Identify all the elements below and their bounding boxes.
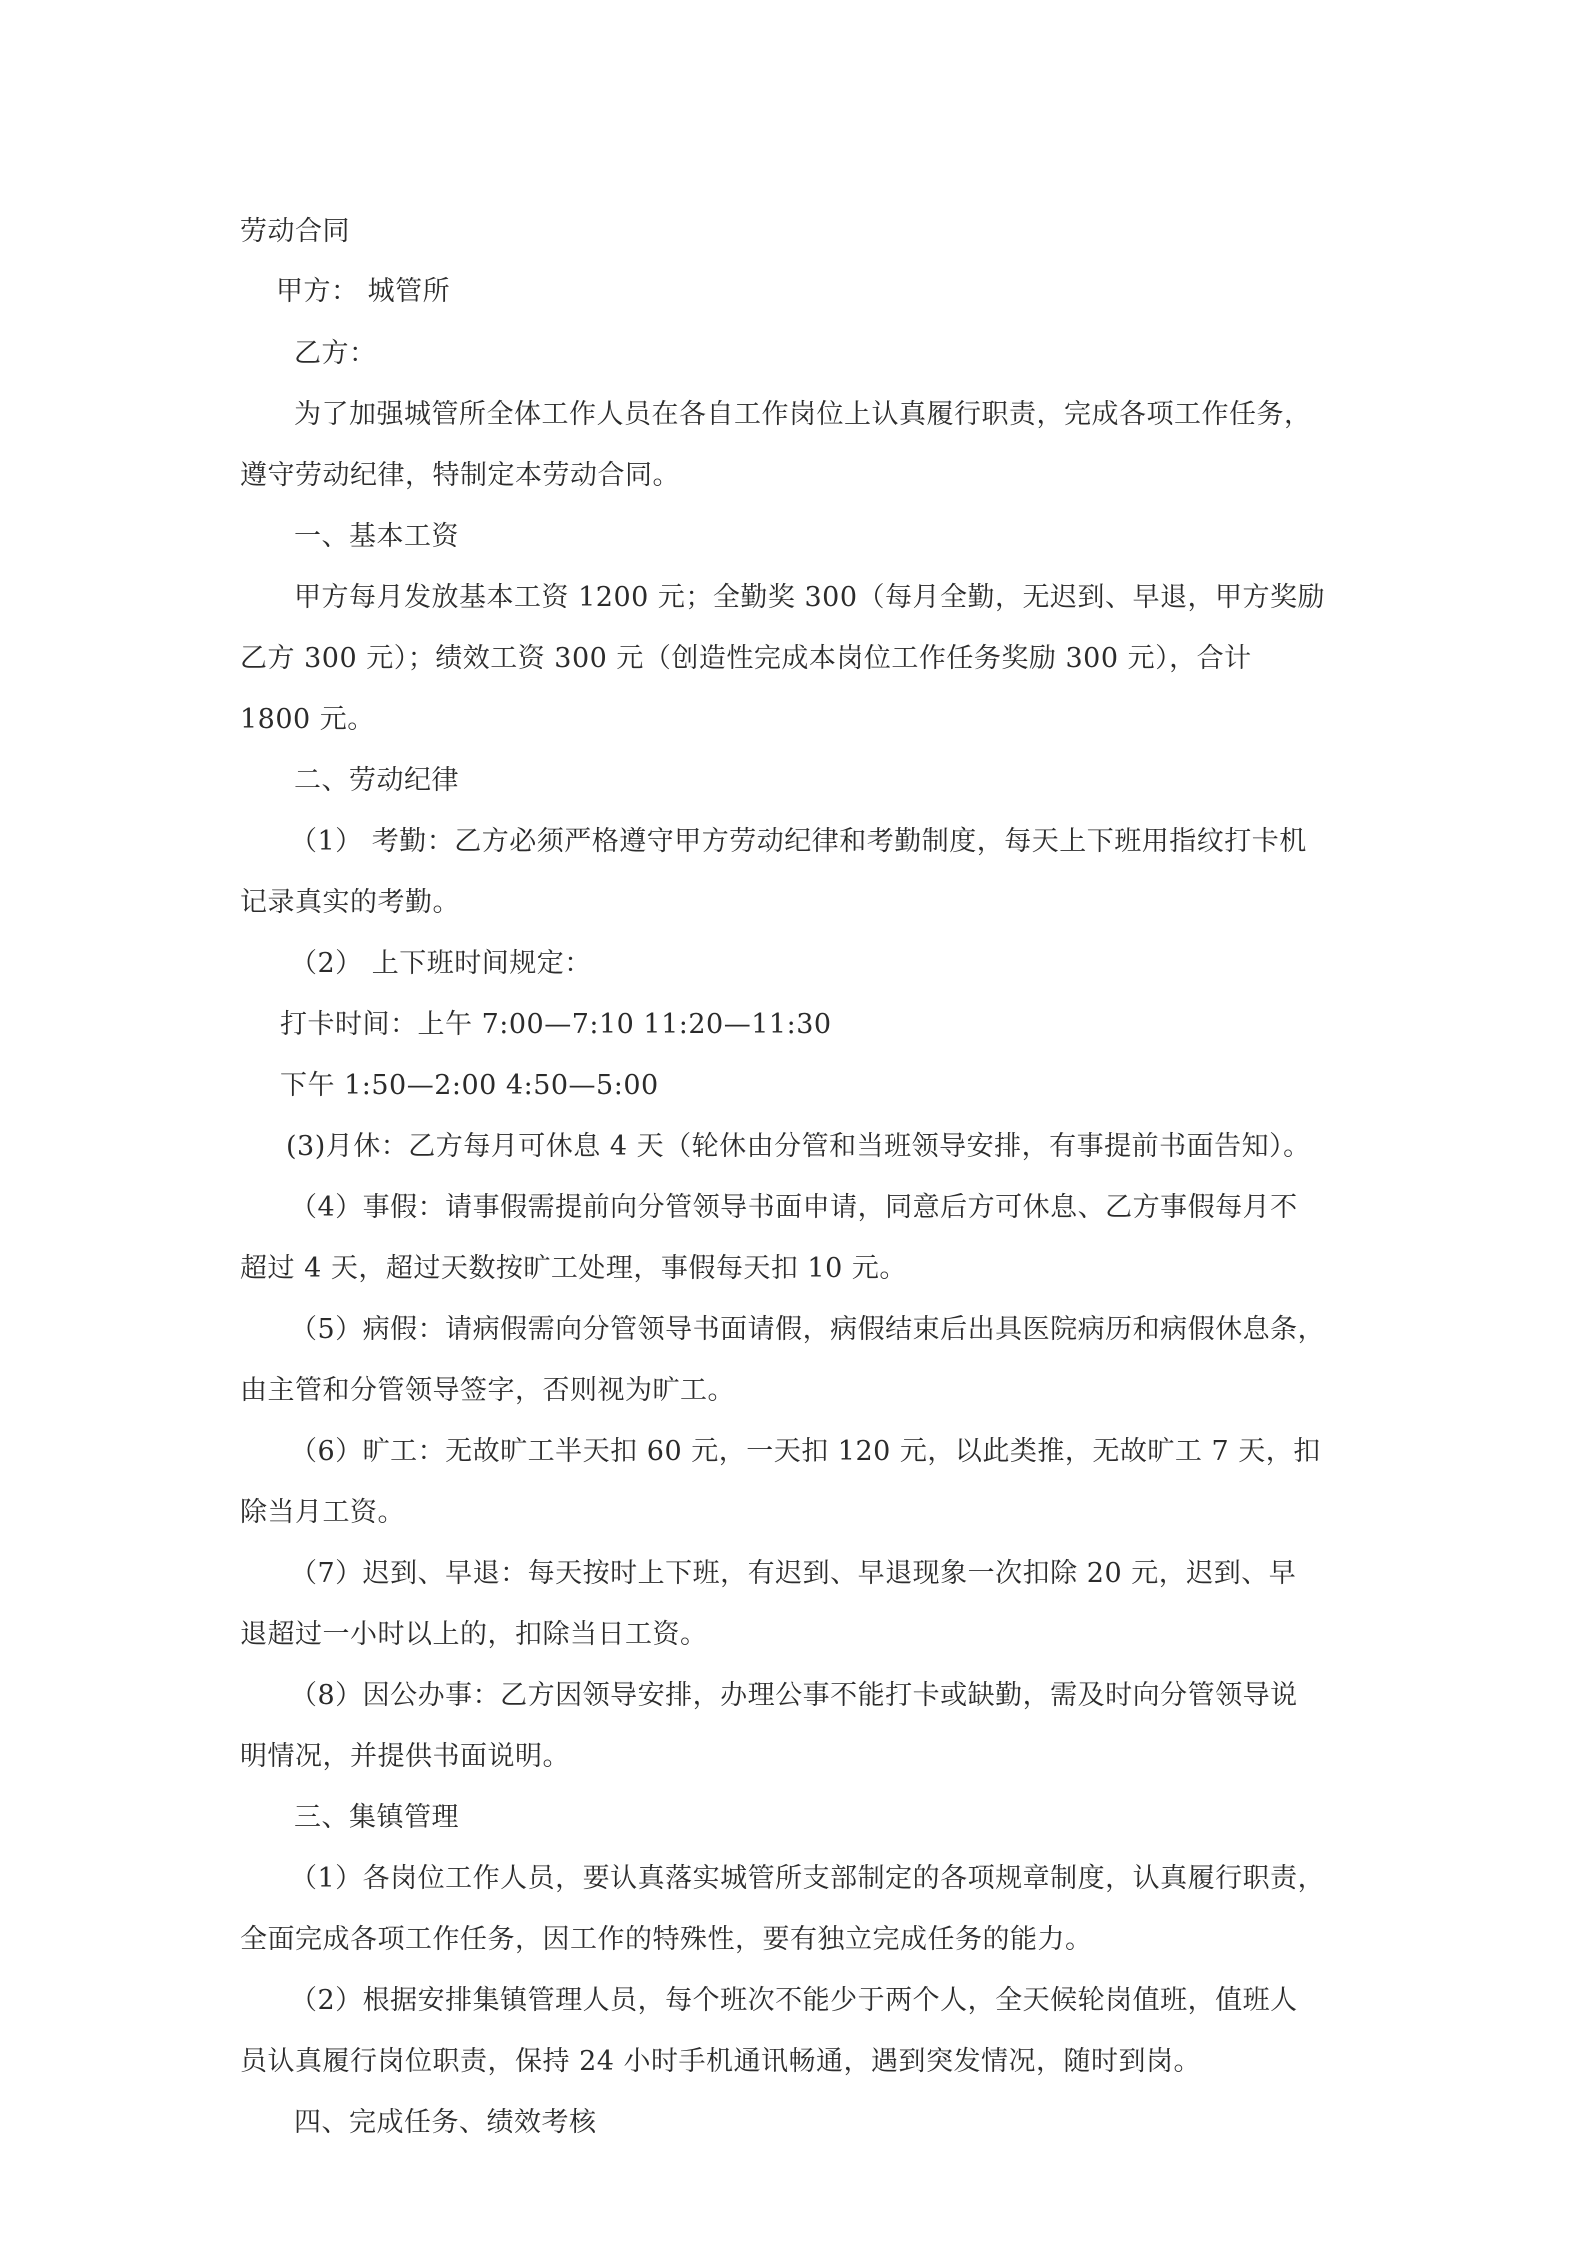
section-1-line-2: 乙方 300 元）；绩效工资 300 元（创造性完成本岗位工作任务奖励 300 … — [240, 639, 1252, 679]
section-2-line-12: 除当月工资。 — [240, 1493, 405, 1533]
section-2-line-5: 下午 1:50—2:00 4:50—5:00 — [280, 1066, 659, 1106]
section-heading-3: 三、集镇管理 — [294, 1798, 459, 1838]
section-1-line-1: 甲方每月发放基本工资 1200 元；全勤奖 300（每月全勤，无迟到、早退，甲方… — [294, 578, 1325, 618]
section-heading-1: 一、基本工资 — [294, 517, 459, 557]
section-2-line-7: （4）事假：请事假需提前向分管领导书面申请，同意后方可休息、乙方事假每月不 — [290, 1188, 1298, 1228]
section-2-line-15: （8）因公办事：乙方因领导安排，办理公事不能打卡或缺勤，需及时向分管领导说 — [290, 1676, 1298, 1716]
section-3-line-3: （2）根据安排集镇管理人员，每个班次不能少于两个人，全天候轮岗值班，值班人 — [290, 1981, 1298, 2021]
section-heading-4: 四、完成任务、绩效考核 — [294, 2103, 597, 2143]
preamble-line-2: 遵守劳动纪律，特制定本劳动合同。 — [240, 456, 680, 496]
section-2-line-13: （7）迟到、早退：每天按时上下班，有迟到、早退现象一次扣除 20 元，迟到、早 — [290, 1554, 1296, 1594]
section-2-line-1: （1） 考勤：乙方必须严格遵守甲方劳动纪律和考勤制度，每天上下班用指纹打卡机 — [290, 822, 1307, 862]
section-2-line-16: 明情况，并提供书面说明。 — [240, 1737, 570, 1777]
section-3-line-4: 员认真履行岗位职责，保持 24 小时手机通讯畅通，遇到突发情况，随时到岗。 — [240, 2042, 1201, 2082]
section-2-line-4: 打卡时间：上午 7:00—7:10 11:20—11:30 — [280, 1005, 832, 1045]
section-2-line-11: （6）旷工：无故旷工半天扣 60 元，一天扣 120 元，以此类推，无故旷工 7… — [290, 1432, 1321, 1472]
preamble-line-1: 为了加强城管所全体工作人员在各自工作岗位上认真履行职责，完成各项工作任务， — [294, 395, 1312, 435]
section-3-line-2: 全面完成各项工作任务，因工作的特殊性，要有独立完成任务的能力。 — [240, 1920, 1093, 1960]
section-1-line-3: 1800 元。 — [240, 700, 375, 740]
section-2-line-10: 由主管和分管领导签字，否则视为旷工。 — [240, 1371, 735, 1411]
section-3-line-1: （1）各岗位工作人员，要认真落实城管所支部制定的各项规章制度，认真履行职责， — [290, 1859, 1325, 1899]
document-title: 劳动合同 — [240, 212, 350, 252]
section-2-line-8: 超过 4 天，超过天数按旷工处理，事假每天扣 10 元。 — [240, 1249, 907, 1289]
section-2-line-14: 退超过一小时以上的，扣除当日工资。 — [240, 1615, 708, 1655]
section-2-line-9: （5）病假：请病假需向分管领导书面请假，病假结束后出具医院病历和病假休息条， — [290, 1310, 1325, 1350]
section-2-line-6: (3)月休：乙方每月可休息 4 天（轮休由分管和当班领导安排，有事提前书面告知）… — [286, 1127, 1311, 1167]
party-b: 乙方： — [294, 334, 377, 374]
section-2-line-2: 记录真实的考勤。 — [240, 883, 460, 923]
section-heading-2: 二、劳动纪律 — [294, 761, 459, 801]
section-2-line-3: （2） 上下班时间规定： — [290, 944, 592, 984]
party-a: 甲方： 城管所 — [276, 272, 450, 312]
